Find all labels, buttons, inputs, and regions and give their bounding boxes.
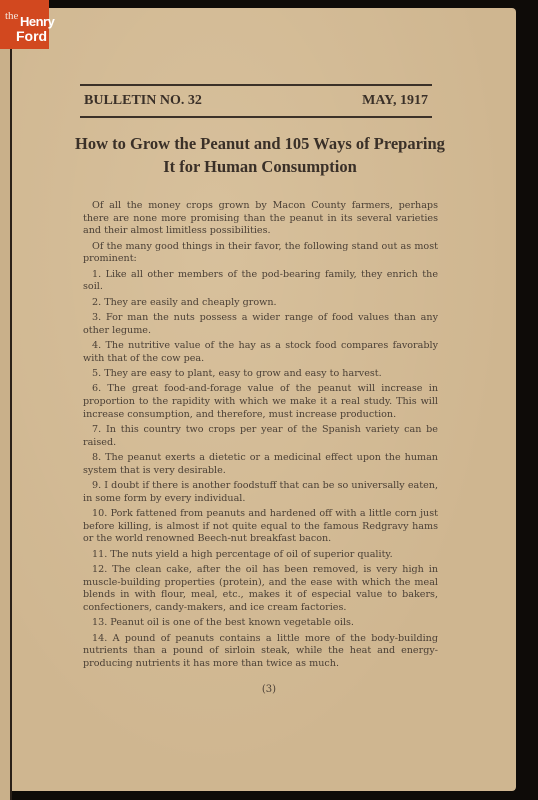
previous-page-edge [0,0,11,800]
list-item: 10. Pork fattened from peanuts and harde… [83,508,438,546]
list-item: 8. The peanut exerts a dietetic or a med… [83,452,438,477]
list-item: 6. The great food-and-forage value of th… [83,383,438,421]
list-item: 2. They are easily and cheaply grown. [83,297,438,310]
list-item: 9. I doubt if there is another foodstuff… [83,480,438,505]
list-item: 13. Peanut oil is one of the best known … [83,617,438,630]
list-item: 11. The nuts yield a high percentage of … [83,549,438,562]
bulletin-header: BULLETIN NO. 32 MAY, 1917 [80,84,432,118]
paragraph: Of the many good things in their favor, … [83,241,438,266]
list-item: 1. Like all other members of the pod-bea… [83,269,438,294]
document-body: Of all the money crops grown by Macon Co… [83,200,438,673]
paragraph: Of all the money crops grown by Macon Co… [83,200,438,238]
list-item: 5. They are easy to plant, easy to grow … [83,368,438,381]
document-title: How to Grow the Peanut and 105 Ways of P… [70,132,450,178]
bulletin-date: MAY, 1917 [362,93,428,109]
list-item: 14. A pound of peanuts contains a little… [83,633,438,671]
logo-ford: Ford [16,28,47,44]
list-item: 4. The nutritive value of the hay as a s… [83,340,438,365]
logo-henry: Henry [20,14,54,29]
henry-ford-logo: the Henry Ford [0,0,49,49]
list-item: 12. The clean cake, after the oil has be… [83,564,438,615]
list-item: 3. For man the nuts possess a wider rang… [83,312,438,337]
logo-the: the [5,10,18,22]
list-item: 7. In this country two crops per year of… [83,424,438,449]
bulletin-number: BULLETIN NO. 32 [84,93,202,109]
page-number: (3) [0,684,538,695]
